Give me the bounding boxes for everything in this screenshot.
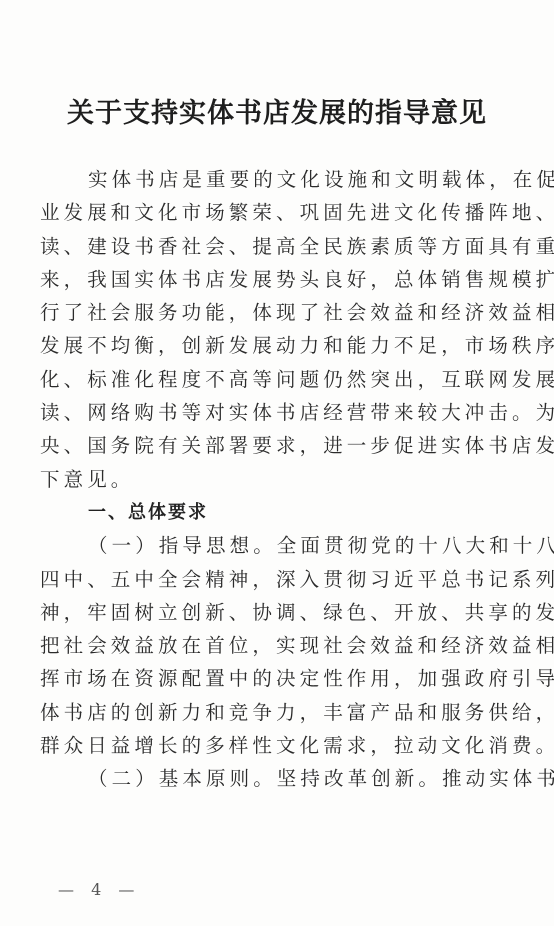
document-body: 实体书店是重要的文化设施和文明载体，在促进城乡文化产 业发展和文化市场繁荣、巩固… — [40, 163, 518, 796]
intro-line: 业发展和文化市场繁荣、巩固先进文化传播阵地、推动全民阅 — [40, 196, 518, 229]
page-number: — 4 — — [58, 880, 140, 899]
intro-line: 行了社会服务功能，体现了社会效益和经济效益相统一。但区域 — [40, 296, 518, 329]
document-title: 关于支持实体书店发展的指导意见 — [0, 96, 554, 132]
intro-line: 读、网络购书等对实体书店经营带来较大冲击。为贯彻落实党中 — [40, 396, 518, 429]
intro-line: 实体书店是重要的文化设施和文明载体，在促进城乡文化产 — [40, 163, 518, 196]
intro-line: 下意见。 — [40, 463, 518, 496]
intro-line: 化、标准化程度不高等问题仍然突出，互联网发展带来的数字阅 — [40, 363, 518, 396]
guiding-ideology-line: 体书店的创新力和竞争力，丰富产品和服务供给，更好适应人民 — [40, 696, 518, 729]
intro-line: 来，我国实体书店发展势头良好，总体销售规模扩大，较好地履 — [40, 263, 518, 296]
section-heading-general-requirements: 一、总体要求 — [40, 496, 518, 529]
intro-line: 发展不均衡，创新发展动力和能力不足，市场秩序不规范，信息 — [40, 329, 518, 362]
document-page: 关于支持实体书店发展的指导意见 实体书店是重要的文化设施和文明载体，在促进城乡文… — [0, 0, 554, 926]
guiding-ideology-line: 把社会效益放在首位，实现社会效益和经济效益相统一，充分发 — [40, 629, 518, 662]
guiding-ideology-line: 神，牢固树立创新、协调、绿色、开放、共享的发展理念，坚持 — [40, 596, 518, 629]
intro-line: 央、国务院有关部署要求，进一步促进实体书店发展，现提出以 — [40, 429, 518, 462]
basic-principles-line: （二）基本原则。坚持改革创新。推动实体书店经营模式创 — [40, 762, 518, 795]
guiding-ideology-line: 群众日益增长的多样性文化需求，拉动文化消费。 — [40, 729, 518, 762]
guiding-ideology-line: 四中、五中全会精神，深入贯彻习近平总书记系列重要讲话精 — [40, 563, 518, 596]
guiding-ideology-line: （一）指导思想。全面贯彻党的十八大和十八届二中、三中、 — [40, 529, 518, 562]
intro-line: 读、建设书香社会、提高全民族素质等方面具有重要作用。近年 — [40, 230, 518, 263]
guiding-ideology-line: 挥市场在资源配置中的决定性作用，加强政府引导，不断提升实 — [40, 662, 518, 695]
